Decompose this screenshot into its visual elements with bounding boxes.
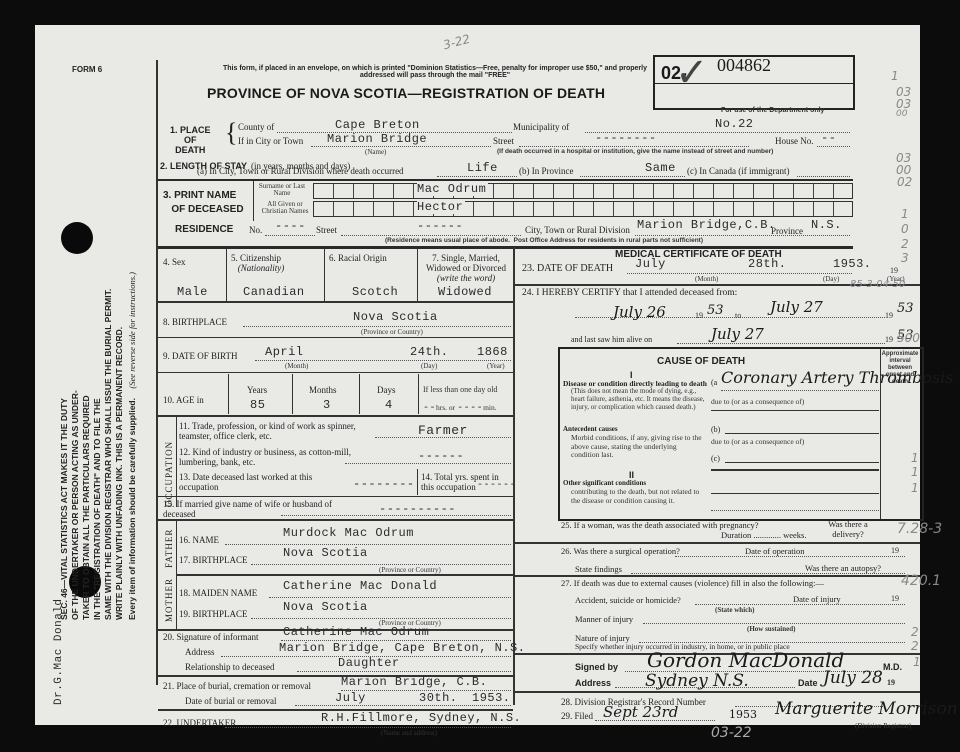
place-of-death-label: 1. PLACEOFDEATH [170, 125, 211, 155]
mother-maiden-name-value: Catherine Mac Donald [283, 579, 437, 593]
death-month-value: July [635, 257, 666, 271]
mother-birthplace-value: Nova Scotia [283, 600, 368, 614]
father-birthplace-value: Nova Scotia [283, 546, 368, 560]
physician-address: Sydney N.S. [645, 671, 749, 691]
stay-province-value: Same [645, 161, 676, 175]
age-years-value: 85 [250, 398, 265, 412]
mailing-notice: This form, if placed in an envelope, on … [205, 65, 665, 79]
racial-origin-value: Scotch [352, 285, 398, 299]
birthplace-value: Nova Scotia [353, 310, 438, 324]
county-value: Cape Breton [335, 118, 420, 132]
occupation-value: Farmer [418, 423, 468, 438]
registrar-signature: Marguerite Morrison [775, 699, 958, 719]
given-names-field [313, 201, 853, 217]
burial-place-value: Marion Bridge, C.B. [341, 675, 487, 689]
dob-year-value: 1868 [477, 345, 508, 359]
surname-field [313, 183, 853, 199]
print-name-label: 3. PRINT NAME OF DECEASED [163, 189, 244, 217]
signature-date: July 28 [823, 668, 883, 688]
given-names-value: Hector [417, 200, 465, 214]
age-days-value: 4 [385, 398, 393, 412]
sidebar-instructions: SEC. 46—VITAL STATISTICS ACT MAKES IT TH… [59, 60, 138, 620]
death-registration-form: FORM 6 SEC. 46—VITAL STATISTICS ACT MAKE… [35, 25, 920, 725]
burial-day-value: 30th. [419, 691, 458, 705]
checkmark-icon: ✓ [675, 50, 709, 96]
cause-a-value: Coronary Artery Thrombosis [721, 368, 954, 387]
sex-value: Male [177, 285, 208, 299]
filed-date: Sept 23rd [603, 703, 678, 721]
registration-number: 004862 [717, 55, 771, 76]
relationship-value: Daughter [338, 656, 400, 670]
dob-month-value: April [265, 345, 304, 359]
pencil-note-top: 3-22 [442, 32, 472, 53]
attended-to-value: July 27 [770, 298, 823, 316]
surname-value: Mac Odrum [417, 182, 488, 196]
undertaker-value: R.H.Fillmore, Sydney, N.S. [321, 711, 521, 725]
form-title: PROVINCE OF NOVA SCOTIA—REGISTRATION OF … [207, 85, 605, 101]
column-divider [513, 247, 515, 705]
attended-from-value: July 26 [613, 303, 666, 321]
marital-status-value: Widowed [438, 285, 492, 299]
physician-signature: Gordon MacDonald [647, 648, 844, 672]
municipality-value: No.22 [715, 117, 754, 131]
father-name-value: Murdock Mac Odrum [283, 526, 414, 540]
city-value: Marion Bridge [327, 132, 427, 146]
residence-city-value: Marion Bridge,C.B. [637, 218, 776, 232]
informant-value: Catherine Mac Odrum [283, 625, 429, 639]
department-note: For use of the Department only [721, 107, 824, 114]
burial-month-value: July [335, 691, 366, 705]
margin-physician-name: Dr.G.Mac Donald [53, 598, 65, 705]
death-day-value: 28th. [748, 257, 787, 271]
age-months-value: 3 [323, 398, 331, 412]
burial-year-value: 1953. [472, 691, 511, 705]
informant-address-value: Marion Bridge, Cape Breton, N.S. [279, 641, 525, 655]
citizenship-value: Canadian [243, 285, 305, 299]
street-value: -------- [595, 131, 657, 145]
death-year-value: 1953. [833, 257, 872, 271]
dob-day-value: 24th. [410, 345, 449, 359]
stay-city-value: Life [467, 161, 498, 175]
last-saw-value: July 27 [711, 325, 764, 343]
